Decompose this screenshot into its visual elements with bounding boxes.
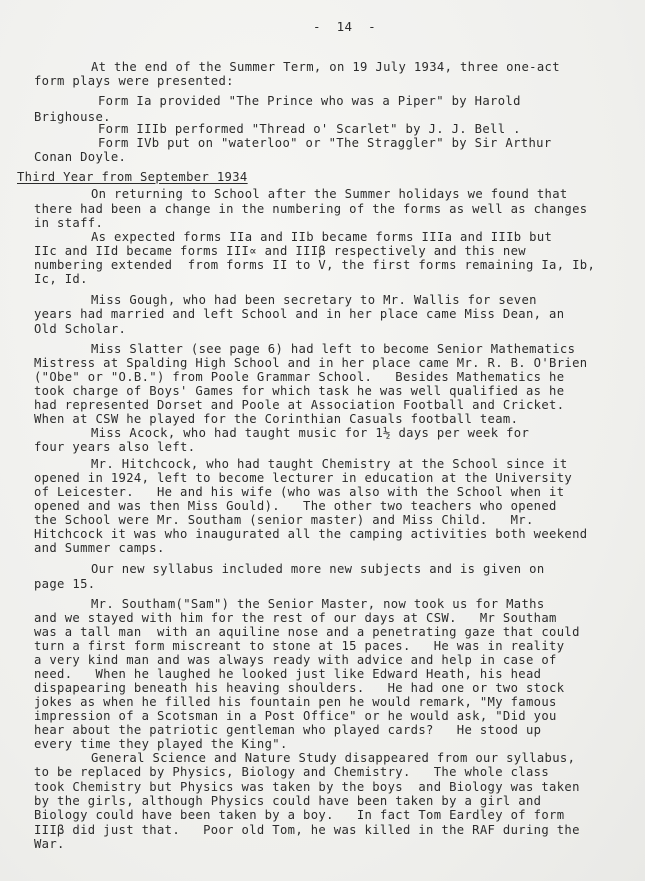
text-line: Old Scholar. (34, 322, 126, 336)
text-line: hear about the patriotic gentleman who p… (34, 723, 541, 737)
text-line: At the end of the Summer Term, on 19 Jul… (91, 60, 560, 74)
text-line: to be replaced by Physics, Biology and C… (34, 765, 549, 779)
text-line: War. (34, 837, 65, 851)
text-line: Ic, Id. (34, 272, 88, 286)
text-line: every time they played the King". (34, 737, 288, 751)
text-line: and Summer camps. (34, 541, 165, 555)
text-line: Hitchcock it was who inaugurated all the… (34, 527, 588, 541)
text-line: need. When he laughed he looked just lik… (34, 667, 541, 681)
page-number: - 14 - (313, 20, 376, 34)
text-line: form plays were presented: (34, 74, 234, 88)
text-line: ("Obe" or "O.B.") from Poole Grammar Sch… (34, 370, 564, 384)
text-line: Miss Acock, who had taught music for 1½ … (91, 426, 529, 440)
document-page: - 14 - Third Year from September 1934 At… (0, 0, 645, 881)
text-line: a very kind man and was always ready wit… (34, 653, 557, 667)
text-line: by the girls, although Physics could hav… (34, 794, 541, 808)
text-line: opened in 1924, left to become lecturer … (34, 471, 572, 485)
text-line: and we stayed with him for the rest of o… (34, 611, 557, 625)
text-line: was a tall man with an aquiline nose and… (34, 625, 580, 639)
text-line: in staff. (34, 216, 103, 230)
section-heading: Third Year from September 1934 (17, 170, 248, 184)
text-line: years had married and left School and in… (34, 307, 564, 321)
text-line: numbering extended from forms II to V, t… (34, 258, 595, 272)
text-line: When at CSW he played for the Corinthian… (34, 412, 518, 426)
text-line: page 15. (34, 577, 96, 591)
text-line: Biology could have been taken by a boy. … (34, 808, 564, 822)
text-line: jokes as when he filled his fountain pen… (34, 695, 557, 709)
text-line: General Science and Nature Study disappe… (91, 751, 575, 765)
text-line: Conan Doyle. (34, 150, 126, 164)
text-line: As expected forms IIa and IIb became for… (91, 230, 552, 244)
text-line: Mistress at Spalding High School and in … (34, 356, 588, 370)
text-line: took charge of Boys' Games for which tas… (34, 384, 564, 398)
text-line: IIIβ did just that. Poor old Tom, he was… (34, 823, 580, 837)
text-line: On returning to School after the Summer … (91, 187, 568, 201)
text-line: there had been a change in the numbering… (34, 202, 588, 216)
text-line: Mr. Hitchcock, who had taught Chemistry … (91, 457, 568, 471)
text-line: took Chemistry but Physics was taken by … (34, 780, 580, 794)
text-line: Form IIIb performed "Thread o' Scarlet" … (98, 122, 521, 136)
text-line: Form Ia provided "The Prince who was a P… (98, 94, 521, 108)
text-line: Miss Slatter (see page 6) had left to be… (91, 342, 575, 356)
text-line: IIc and IId became forms III∝ and IIIβ r… (34, 244, 526, 258)
text-line: the School were Mr. Southam (senior mast… (34, 513, 534, 527)
text-line: of Leicester. He and his wife (who was a… (34, 485, 564, 499)
text-line: Mr. Southam("Sam") the Senior Master, no… (91, 597, 545, 611)
text-line: impression of a Scotsman in a Post Offic… (34, 709, 557, 723)
text-line: Miss Gough, who had been secretary to Mr… (91, 293, 537, 307)
text-line: opened and was then Miss Gould). The oth… (34, 499, 557, 513)
text-line: Our new syllabus included more new subje… (91, 562, 545, 576)
text-line: turn a first form miscreant to stone at … (34, 639, 564, 653)
text-line: dispapearing beneath his heaving shoulde… (34, 681, 564, 695)
text-line: had represented Dorset and Poole at Asso… (34, 398, 564, 412)
text-line: four years also left. (34, 440, 195, 454)
text-line: Form IVb put on "waterloo" or "The Strag… (98, 136, 552, 150)
